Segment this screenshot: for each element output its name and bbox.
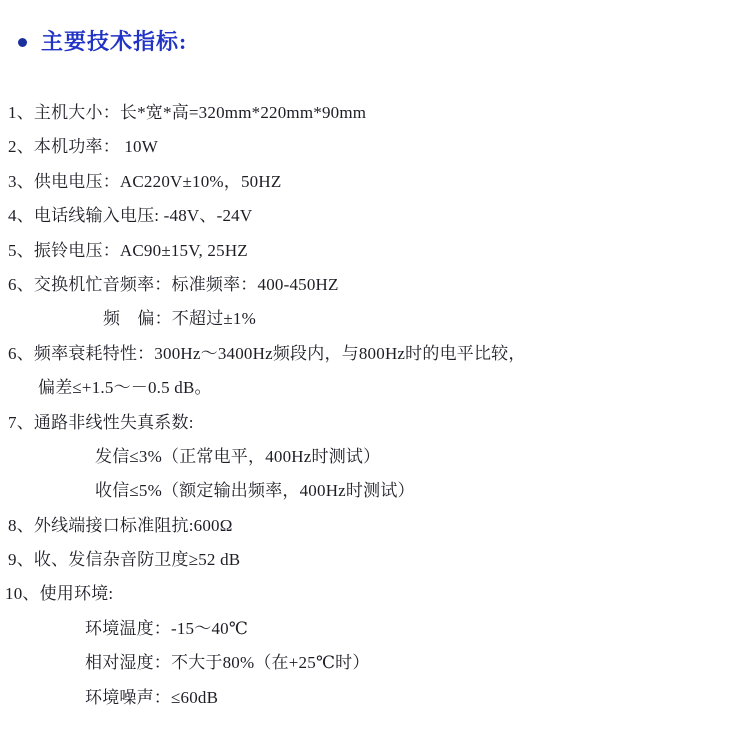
spec-line-noise-immunity: 9、收、发信杂音防卫度≥52 dB xyxy=(0,543,750,577)
spec-line-freq-deviation: 频 偏：不超过±1% xyxy=(0,302,750,336)
spec-list: 1、主机大小：长*宽*高=320mm*220mm*90mm 2、本机功率： 10… xyxy=(0,96,750,715)
spec-line-attenuation: 6、频率衰耗特性：300Hz～3400Hz频段内，与800Hz时的电平比较， xyxy=(0,337,750,371)
spec-line-ring-voltage: 5、振铃电压：AC90±15V, 25HZ xyxy=(0,234,750,268)
spec-line-busy-tone-freq: 6、交换机忙音频率：标准频率：400-450HZ xyxy=(0,268,750,302)
spec-line-deviation-range: 偏差≤+1.5～－0.5 dB。 xyxy=(0,371,750,405)
section-heading: 主要技术指标: xyxy=(18,28,187,56)
section-title: 主要技术指标: xyxy=(41,28,187,56)
spec-line-env-temperature: 环境温度：-15～40℃ xyxy=(0,612,750,646)
spec-line-transmit: 发信≤3%（正常电平，400Hz时测试） xyxy=(0,440,750,474)
spec-document: 主要技术指标: 1、主机大小：长*宽*高=320mm*220mm*90mm 2、… xyxy=(0,0,750,731)
list-bullet-icon xyxy=(18,38,27,47)
spec-line-impedance: 8、外线端接口标准阻抗:600Ω xyxy=(0,509,750,543)
spec-line-env-noise: 环境噪声：≤60dB xyxy=(0,681,750,715)
spec-line-distortion: 7、通路非线性失真系数: xyxy=(0,406,750,440)
spec-line-supply-voltage: 3、供电电压：AC220V±10%，50HZ xyxy=(0,165,750,199)
spec-line-environment: 10、使用环境: xyxy=(0,577,750,611)
spec-line-receive: 收信≤5%（额定输出频率，400Hz时测试） xyxy=(0,474,750,508)
spec-line-host-size: 1、主机大小：长*宽*高=320mm*220mm*90mm xyxy=(0,96,750,130)
spec-line-power: 2、本机功率： 10W xyxy=(0,130,750,164)
spec-line-line-voltage: 4、电话线输入电压: -48V、-24V xyxy=(0,199,750,233)
spec-line-env-humidity: 相对湿度：不大于80%（在+25℃时） xyxy=(0,646,750,680)
